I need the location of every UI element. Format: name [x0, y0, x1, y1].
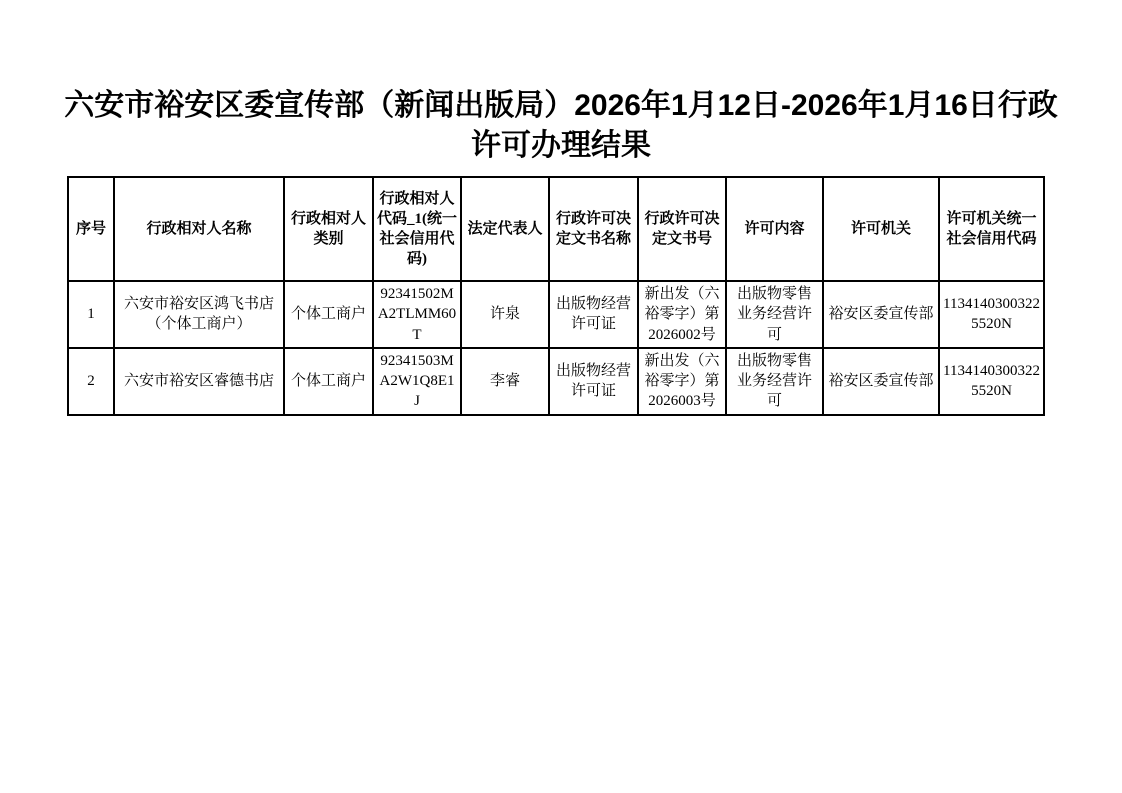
table-header-row: 序号 行政相对人名称 行政相对人类别 行政相对人代码_1(统一社会信用代码) 法… [68, 177, 1044, 281]
cell-serial-number: 1 [68, 281, 114, 348]
cell-party-name: 六安市裕安区睿德书店 [114, 348, 284, 415]
column-header-decision-document-number: 行政许可决定文书号 [638, 177, 726, 281]
column-header-party-category: 行政相对人类别 [284, 177, 373, 281]
page-title-line-2: 许可办理结果 [0, 126, 1122, 166]
page-title: 六安市裕安区委宣传部（新闻出版局）2026年1月12日-2026年1月16日行政… [0, 86, 1122, 166]
cell-decision-document-number: 新出发（六裕零字）第2026002号 [638, 281, 726, 348]
cell-decision-document-name: 出版物经营许可证 [549, 348, 638, 415]
cell-license-content: 出版物零售业务经营许可 [726, 348, 823, 415]
license-results-table: 序号 行政相对人名称 行政相对人类别 行政相对人代码_1(统一社会信用代码) 法… [67, 176, 1045, 416]
column-header-legal-representative: 法定代表人 [461, 177, 549, 281]
cell-party-credit-code: 92341502MA2TLMM60T [373, 281, 461, 348]
column-header-party-name: 行政相对人名称 [114, 177, 284, 281]
column-header-decision-document-name: 行政许可决定文书名称 [549, 177, 638, 281]
column-header-party-credit-code: 行政相对人代码_1(统一社会信用代码) [373, 177, 461, 281]
page-title-line-1: 六安市裕安区委宣传部（新闻出版局）2026年1月12日-2026年1月16日行政 [0, 86, 1122, 126]
cell-legal-representative: 许泉 [461, 281, 549, 348]
cell-serial-number: 2 [68, 348, 114, 415]
cell-legal-representative: 李睿 [461, 348, 549, 415]
column-header-authority-credit-code: 许可机关统一社会信用代码 [939, 177, 1044, 281]
cell-licensing-authority: 裕安区委宣传部 [823, 348, 939, 415]
cell-party-category: 个体工商户 [284, 281, 373, 348]
cell-authority-credit-code: 11341403003225520N [939, 281, 1044, 348]
cell-licensing-authority: 裕安区委宣传部 [823, 281, 939, 348]
column-header-serial-number: 序号 [68, 177, 114, 281]
table-row: 2 六安市裕安区睿德书店 个体工商户 92341503MA2W1Q8E1J 李睿… [68, 348, 1044, 415]
cell-decision-document-name: 出版物经营许可证 [549, 281, 638, 348]
table-row: 1 六安市裕安区鸿飞书店（个体工商户） 个体工商户 92341502MA2TLM… [68, 281, 1044, 348]
cell-party-credit-code: 92341503MA2W1Q8E1J [373, 348, 461, 415]
cell-decision-document-number: 新出发（六裕零字）第2026003号 [638, 348, 726, 415]
column-header-license-content: 许可内容 [726, 177, 823, 281]
cell-license-content: 出版物零售业务经营许可 [726, 281, 823, 348]
cell-authority-credit-code: 11341403003225520N [939, 348, 1044, 415]
column-header-licensing-authority: 许可机关 [823, 177, 939, 281]
document-page: 六安市裕安区委宣传部（新闻出版局）2026年1月12日-2026年1月16日行政… [0, 0, 1122, 793]
cell-party-name: 六安市裕安区鸿飞书店（个体工商户） [114, 281, 284, 348]
cell-party-category: 个体工商户 [284, 348, 373, 415]
